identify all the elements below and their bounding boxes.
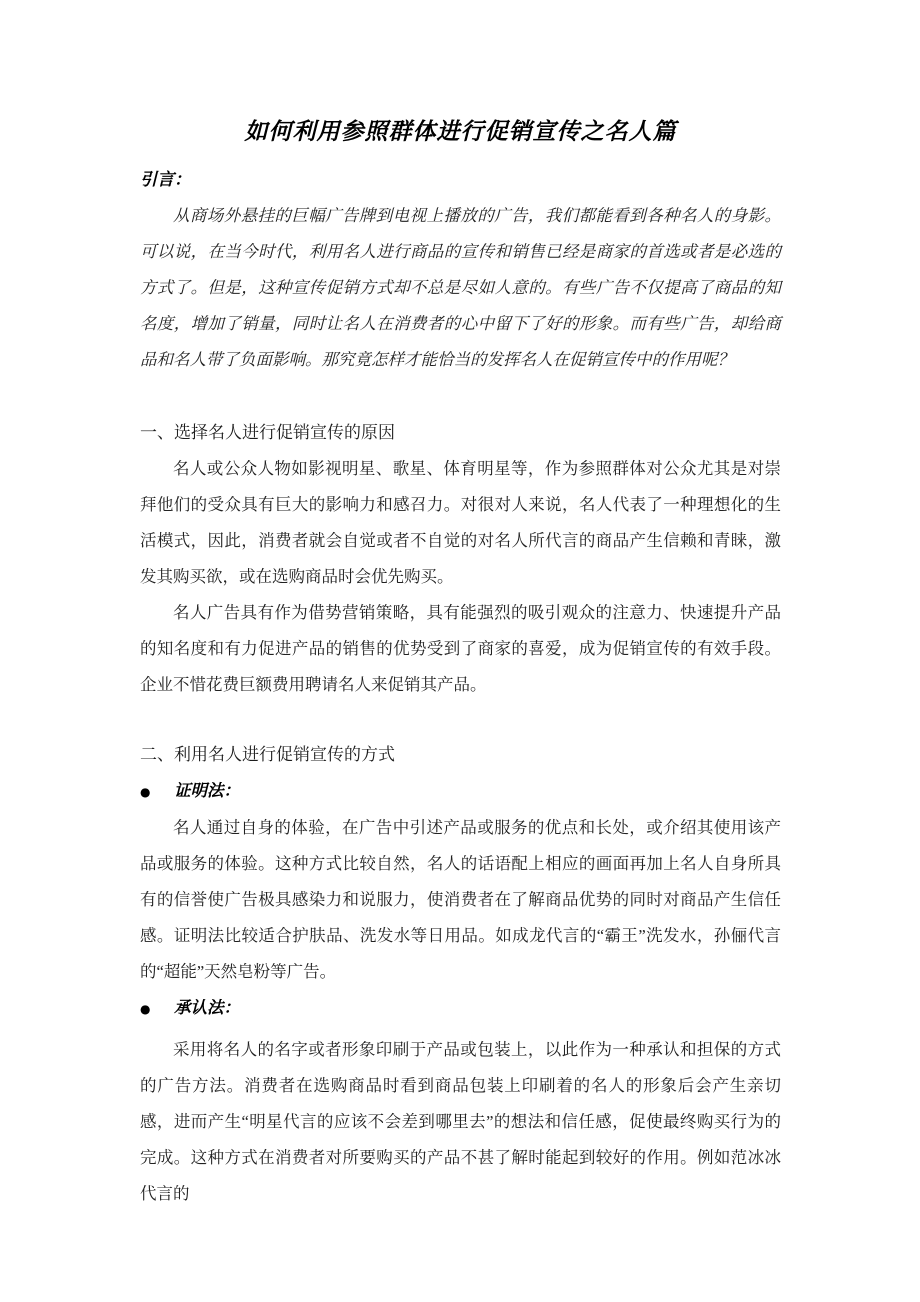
- section-1-heading: 一、选择名人进行促销宣传的原因: [140, 415, 781, 451]
- document-title: 如何利用参照群体进行促销宣传之名人篇: [140, 112, 781, 152]
- bullet-paragraph-proof-method: 名人通过自身的体验，在广告中引述产品或服务的优点和长处，或介绍其使用该产品或服务…: [140, 810, 781, 990]
- bullet-icon: ●: [140, 991, 174, 1027]
- section-1-paragraph-2: 名人广告具有作为借势营销策略，具有能强烈的吸引观众的注意力、快速提升产品的知名度…: [140, 595, 781, 703]
- intro-label: 引言：: [140, 162, 781, 198]
- document-page: 如何利用参照群体进行促销宣传之名人篇 引言： 从商场外悬挂的巨幅广告牌到电视上播…: [0, 0, 920, 1302]
- bullet-item-acknowledge-method: ● 承认法：: [140, 990, 781, 1027]
- bullet-item-proof-method: ● 证明法：: [140, 773, 781, 810]
- section-2-heading: 二、利用名人进行促销宣传的方式: [140, 737, 781, 773]
- section-1-paragraph-1: 名人或公众人物如影视明星、歌星、体育明星等，作为参照群体对公众尤其是对崇拜他们的…: [140, 451, 781, 595]
- intro-paragraph: 从商场外悬挂的巨幅广告牌到电视上播放的广告，我们都能看到各种名人的身影。可以说，…: [140, 198, 781, 378]
- bullet-label-proof-method: 证明法：: [174, 773, 240, 809]
- bullet-icon: ●: [140, 774, 174, 810]
- bullet-label-acknowledge-method: 承认法：: [174, 990, 240, 1026]
- bullet-paragraph-acknowledge-method: 采用将名人的名字或者形象印刷于产品或包装上，以此作为一种承认和担保的方式的广告方…: [140, 1032, 781, 1212]
